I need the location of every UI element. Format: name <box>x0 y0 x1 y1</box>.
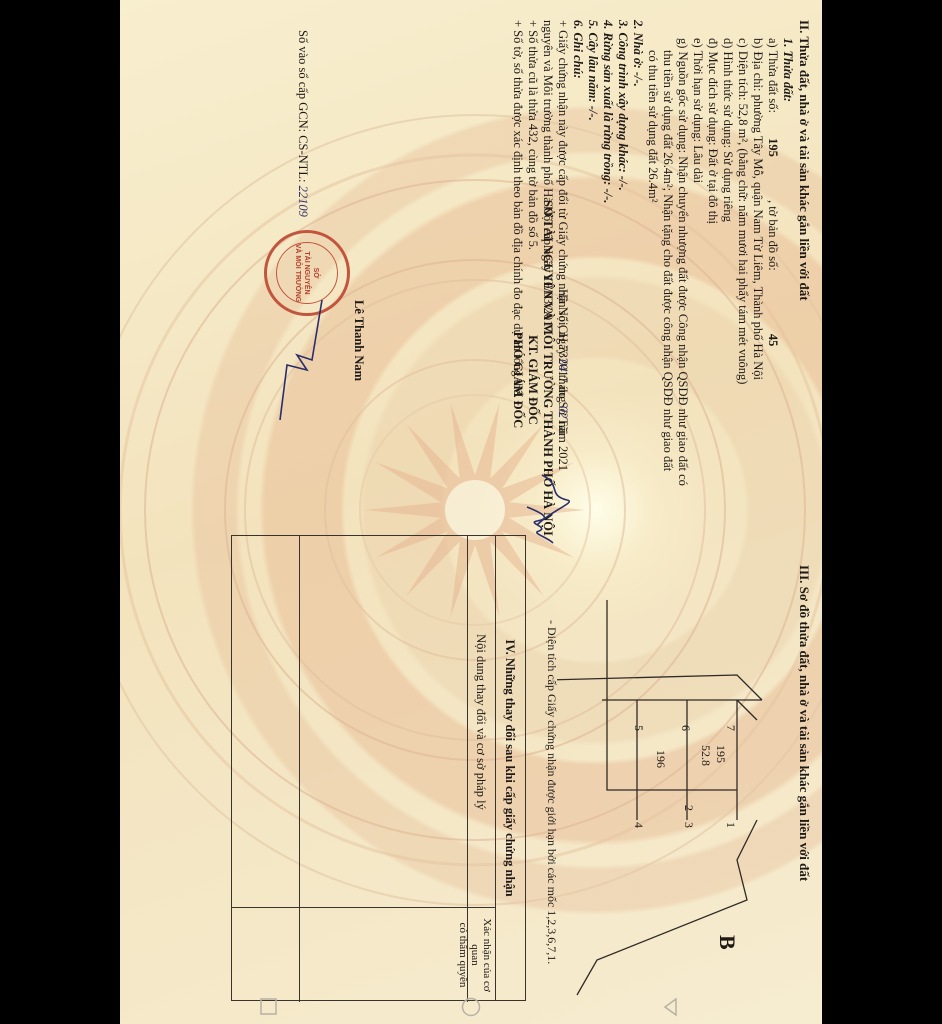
changes-table: IV. Những thay đổi sau khi cấp giấy chứn… <box>231 535 526 1001</box>
registry-value: 22109 <box>296 186 310 217</box>
confirm-line-2: có thẩm quyền <box>457 908 469 1002</box>
signer-position: PHÓ GIÁM ĐỐC <box>510 230 525 530</box>
rotated-document: II. Thửa đất, nhà ở và tài sản khác gắn … <box>120 0 822 1024</box>
perennial-trees: 5. Cây lâu năm: -/-. <box>585 20 600 530</box>
production-forest: 4. Rừng sản xuất là rừng trồng: -/-. <box>600 20 615 530</box>
address: b) Địa chỉ: phường Tây Mỗ, quận Nam Từ L… <box>750 20 765 530</box>
table-column-divider <box>231 536 495 908</box>
back-button[interactable] <box>660 996 682 1018</box>
section-ii-title: II. Thửa đất, nhà ở và tài sản khác gắn … <box>796 20 812 530</box>
parcel-number-label: a) Thửa đất số: <box>766 38 780 113</box>
origin-line-1: g) Nguồn gốc sử dụng: Nhận chuyển nhượng… <box>675 20 690 530</box>
stamp-line-1: SỞ <box>312 268 321 279</box>
parcel-number-row: a) Thửa đất số: 195 , tờ bản đồ số: 45 <box>765 20 780 530</box>
origin-line-3: có thu tiền sử dụng đất 26.4m² <box>645 20 660 530</box>
use-form: d) Hình thức sử dụng: Sử dụng riêng <box>720 20 735 530</box>
parcel-area-label: 52.8 <box>699 745 713 766</box>
area: c) Diện tích: 52,8 m², (bằng chữ: năm mư… <box>735 20 750 530</box>
signer-name: Lê Thanh Nam <box>351 300 366 381</box>
parcel-label: 195 <box>714 745 728 763</box>
stamp-line-3: VÀ MÔI TRƯỜNG <box>294 244 303 302</box>
director-signature <box>272 300 342 430</box>
map-sheet-label: , tờ bản đồ số: <box>766 200 780 271</box>
parcel-heading: 1. Thửa đất: <box>780 20 795 530</box>
date-year: năm 2021 <box>556 421 570 471</box>
section-iv-title: IV. Những thay đổi sau khi cấp giấy chứn… <box>495 536 525 1000</box>
date-month: 02 <box>556 406 570 419</box>
stamp-line-2: TÀI NGUYÊN <box>303 251 312 294</box>
triangle-left-icon <box>660 996 682 1018</box>
column-header-confirm: Xác nhận của cơ quan có thẩm quyền <box>467 908 495 1002</box>
date-prefix: Hà Nội, ngày <box>556 289 570 356</box>
point-6: 6 <box>679 725 693 731</box>
stamp-center: SỞ TÀI NGUYÊN VÀ MÔI TRƯỜNG <box>276 242 338 304</box>
house: 2. Nhà ở: -/-. <box>630 20 645 530</box>
origin-line-2: thu tiền sử dụng đất 26.4m²; Nhận tặng c… <box>660 20 675 530</box>
point-7: 7 <box>724 725 738 731</box>
notes-heading: 6. Ghi chú: <box>570 20 585 530</box>
registry-label: Số vào sổ cấp GCN: CS-NTL: <box>296 30 310 182</box>
parcel-number: 195 <box>766 138 780 157</box>
recent-apps-button[interactable] <box>258 996 280 1018</box>
boundary-note: - Diện tích cấp Giấy chứng nhận được giớ… <box>544 620 559 964</box>
point-1: 1 <box>724 822 738 828</box>
home-button[interactable] <box>460 996 482 1018</box>
use-term: e) Thời hạn sử dụng: Lâu dài <box>690 20 705 530</box>
system-navbar <box>0 992 942 1024</box>
registry-number: Số vào sổ cấp GCN: CS-NTL: 22109 <box>295 30 310 217</box>
other-construction: 3. Công trình xây dựng khác: -/-. <box>615 20 630 530</box>
month-label: tháng <box>556 375 570 403</box>
north-marker: B <box>714 935 740 950</box>
organization-signature-mark <box>532 470 582 530</box>
circle-icon <box>460 996 482 1018</box>
section-iii-title: III. Sơ đồ thửa đất, nhà ở và tài sản kh… <box>796 565 812 1015</box>
column-header-content: Nội dung thay đổi và cơ sở pháp lý <box>467 536 495 908</box>
map-sheet-number: 45 <box>766 334 780 347</box>
point-5: 5 <box>632 725 646 731</box>
section-iii: III. Sơ đồ thửa đất, nhà ở và tài sản kh… <box>795 565 812 1015</box>
parcel-diagram: 7 6 5 1 2 3 4 195 52.8 196 <box>557 600 797 1020</box>
table-row-divider <box>299 536 300 1002</box>
point-2: 2 <box>682 805 696 811</box>
neighbor-parcel-label: 196 <box>654 750 668 768</box>
point-4: 4 <box>632 822 646 828</box>
square-icon <box>258 996 280 1018</box>
point-3: 3 <box>682 822 696 828</box>
confirm-line-1: Xác nhận của cơ quan <box>469 908 493 1002</box>
date-day: 04 <box>556 359 570 372</box>
use-purpose: đ) Mục đích sử dụng: Đất ở tại đô thị <box>705 20 720 530</box>
